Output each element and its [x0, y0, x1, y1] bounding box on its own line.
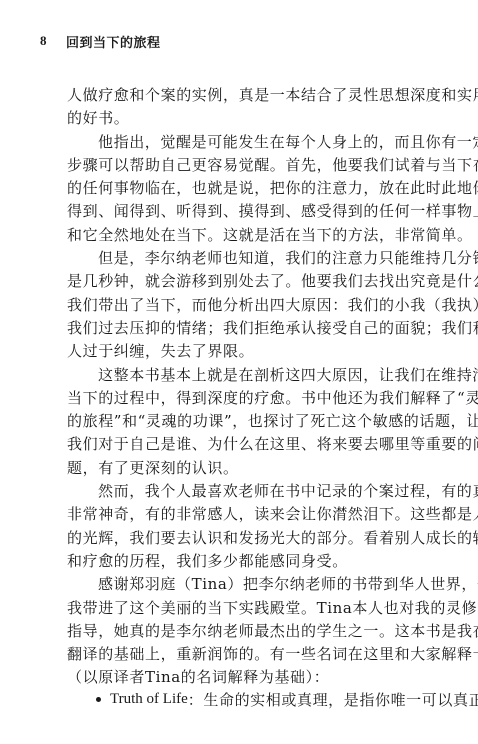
running-title: 回到当下的旅程 [66, 32, 161, 51]
text-line: 这整本书基本上就是在剖析这四大原因，让我们在维持活在 [67, 364, 429, 387]
page-body: 人做疗愈和个案的实例，真是一本结合了灵性思想深度和实用性 的好书。 他指出，觉醒… [67, 84, 429, 690]
text-line: 翻译的基础上，重新润饰的。有一些名词在这里和大家解释一下 [67, 643, 429, 666]
text-line: （以原译者Tina的名词解释为基础）： [67, 666, 429, 689]
text-line: 我带进了这个美丽的当下实践殿堂。Tina本人也对我的灵修多有 [67, 597, 429, 620]
text-line: 感谢郑羽庭（Tina）把李尔纳老师的书带到华人世界，也把 [67, 573, 429, 596]
text-line: 的任何事物临在，也就是说，把你的注意力，放在此时此地你看 [67, 177, 429, 200]
text-line: 他指出，觉醒是可能发生在每个人身上的，而且你有一定的 [67, 131, 429, 154]
page-header: 8 回到当下的旅程 [40, 32, 161, 50]
text-line: 步骤可以帮助自己更容易觉醒。首先，他要我们试着与当下存在 [67, 154, 429, 177]
bullet-icon [96, 697, 101, 702]
paragraph: 他指出，觉醒是可能发生在每个人身上的，而且你有一定的 步骤可以帮助自己更容易觉醒… [67, 131, 429, 247]
text-line: 的旅程”和“灵魂的功课”，也探讨了死亡这个敏感的话题，让 [67, 410, 429, 433]
text-line: 我们对于自己是谁、为什么在这里、将来要去哪里等重要的问 [67, 433, 429, 456]
text-line: 我们带出了当下，而他分析出四大原因：我们的小我（我执）； [67, 294, 429, 317]
text-line: 人过于纠缠，失去了界限。 [67, 340, 429, 363]
paragraph: 人做疗愈和个案的实例，真是一本结合了灵性思想深度和实用性 的好书。 [67, 84, 429, 131]
text-line: 但是，李尔纳老师也知道，我们的注意力只能维持几分钟或 [67, 247, 429, 270]
text-line: 的好书。 [67, 107, 429, 130]
text-line: 然而，我个人最喜欢老师在书中记录的个案过程，有的真是 [67, 480, 429, 503]
glossary-definition: ：生命的实相或真理，是指你唯一可以真正拥 [188, 689, 478, 710]
text-line: 非常神奇，有的非常感人，读来会让你潸然泪下。这些都是人性 [67, 503, 429, 526]
paragraph: 感谢郑羽庭（Tina）把李尔纳老师的书带到华人世界，也把 我带进了这个美丽的当下… [67, 573, 429, 689]
paragraph: 这整本书基本上就是在剖析这四大原因，让我们在维持活在 当下的过程中，得到深度的疗… [67, 364, 429, 480]
text-line: 指导，她真的是李尔纳老师最杰出的学生之一。这本书是我在她 [67, 620, 429, 643]
text-line: 我们过去压抑的情绪；我们拒绝承认接受自己的面貌；我们和他 [67, 317, 429, 340]
text-line: 是几秒钟，就会游移到别处去了。他要我们去找出究竟是什么把 [67, 270, 429, 293]
paragraph: 然而，我个人最喜欢老师在书中记录的个案过程，有的真是 非常神奇，有的非常感人，读… [67, 480, 429, 573]
text-line: 人做疗愈和个案的实例，真是一本结合了灵性思想深度和实用性 [67, 84, 429, 107]
text-line: 当下的过程中，得到深度的疗愈。书中他还为我们解释了“灵魂 [67, 387, 429, 410]
text-line: 题，有了更深刻的认识。 [67, 457, 429, 480]
text-line: 和疗愈的历程，我们多少都能感同身受。 [67, 550, 429, 573]
paragraph: 但是，李尔纳老师也知道，我们的注意力只能维持几分钟或 是几秒钟，就会游移到别处去… [67, 247, 429, 363]
text-line: 得到、闻得到、听得到、摸得到、感受得到的任何一样事物上， [67, 200, 429, 223]
text-line: 的光辉，我们要去认识和发扬光大的部分。看着别人成长的轨迹 [67, 527, 429, 550]
text-line: 和它全然地处在当下。这就是活在当下的方法，非常简单。 [67, 224, 429, 247]
page-number: 8 [40, 33, 66, 49]
glossary-bullet-item: Truth of Life ：生命的实相或真理，是指你唯一可以真正拥 [96, 689, 478, 710]
glossary-term: Truth of Life [110, 691, 188, 708]
